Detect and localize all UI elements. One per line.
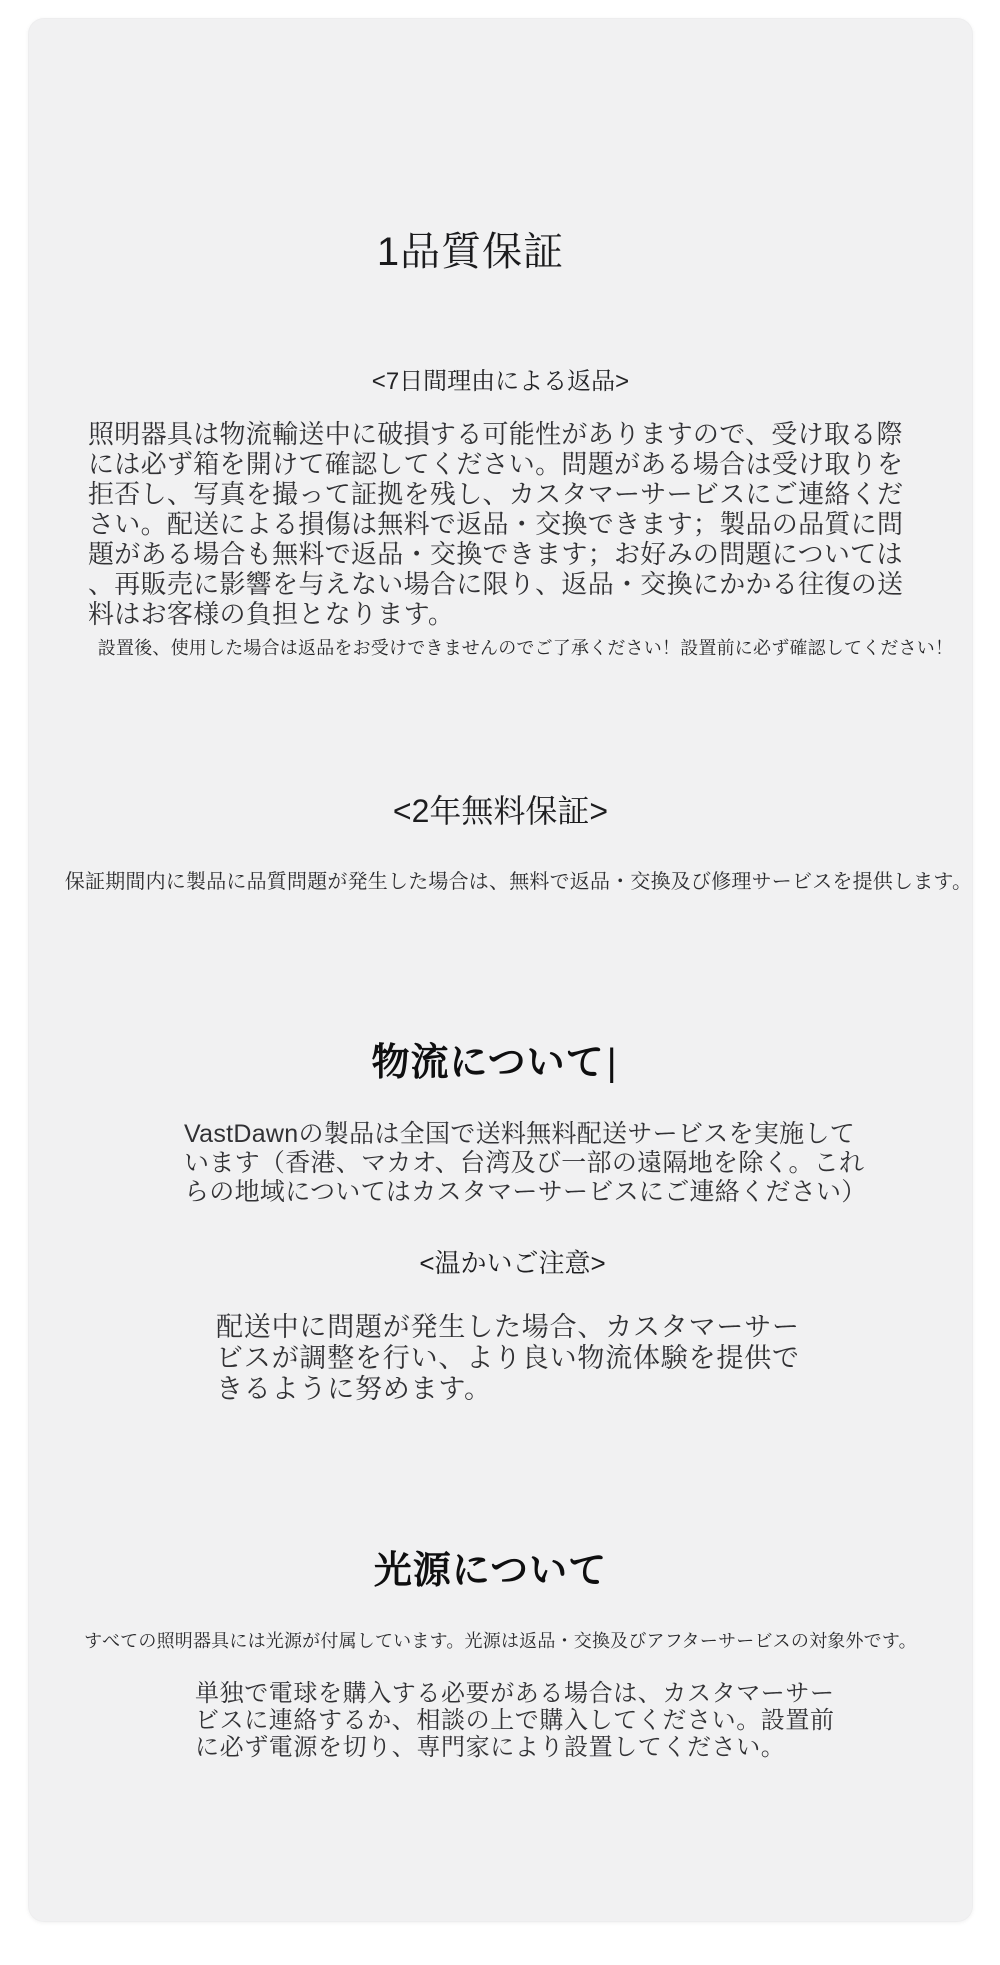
page-background: 1品質保証 <7日間理由による返品> 照明器具は物流輸送中に破損する可能性があり… [0, 0, 1000, 1965]
warm-notice-subtitle: <温かいご注意> [40, 1243, 985, 1280]
quality-return-paragraph: 照明器具は物流輸送中に破損する可能性がありますので、受け取る際 には必ず箱を開け… [88, 419, 903, 629]
seven-day-return-subtitle: <7日間理由による返品> [28, 361, 973, 396]
logistics-section-title: 物流について| [22, 1031, 967, 1086]
two-year-warranty-subtitle: <2年無料保証> [28, 786, 973, 832]
text-cursor: | [607, 1042, 618, 1084]
quality-section-title: 1品質保証 [0, 220, 943, 277]
logistics-title-text: 物流について [371, 1042, 604, 1084]
installation-warning-note: 設置後、使用した場合は返品をお受けできませんのでご了承ください！設置前に必ず確認… [53, 634, 998, 660]
free-shipping-paragraph: VastDawnの製品は全国で送料無料配送サービスを実施して います（香港、マカ… [184, 1120, 867, 1207]
light-source-section-title: 光源について [18, 1539, 963, 1594]
content-card: 1品質保証 <7日間理由による返品> 照明器具は物流輸送中に破損する可能性があり… [28, 18, 973, 1922]
warranty-service-text: 保証期間内に製品に品質問題が発生した場合は、無料で返品・交換及び修理サービスを提… [46, 865, 991, 894]
light-source-included-note: すべての照明器具には光源が付属しています。光源は返品・交換及びアフターサービスの… [28, 1627, 973, 1653]
bulb-purchase-paragraph: 単独で電球を購入する必要がある場合は、カスタマーサー ビスに連絡するか、相談の上… [195, 1680, 835, 1761]
delivery-issue-paragraph: 配送中に問題が発生した場合、カスタマーサー ビスが調整を行い、より良い物流体験を… [216, 1312, 800, 1405]
